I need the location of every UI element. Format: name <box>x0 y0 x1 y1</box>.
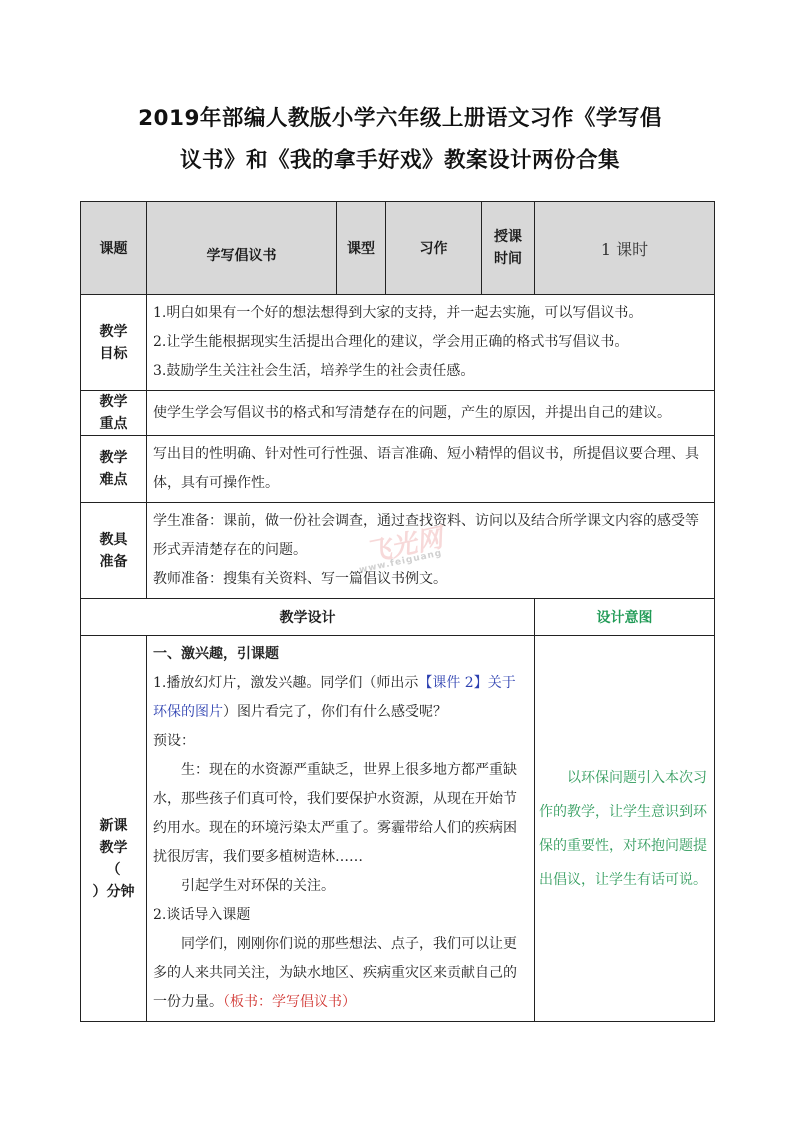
step-1: 1.播放幻灯片，激发兴趣。同学们（师出示【课件 2】关于环保的图片）图片看完了，… <box>153 669 528 727</box>
design-intent-header: 设计意图 <box>535 599 715 636</box>
new-lesson-content: 一、激兴趣，引课题 1.播放幻灯片，激发兴趣。同学们（师出示【课件 2】关于环保… <box>147 636 535 1022</box>
document-title: 2019年部编人教版小学六年级上册语文习作《学写倡 议书》和《我的拿手好戏》教案… <box>80 98 720 182</box>
section-title: 一、激兴趣，引课题 <box>153 640 528 669</box>
objectives-label: 教学 目标 <box>81 295 147 391</box>
materials-content: 学生准备：课前，做一份社会调查，通过查找资料、访问以及结合所学课文内容的感受等形… <box>147 503 715 599</box>
type-label: 课型 <box>337 202 386 295</box>
document-title-line-2: 议书》和《我的拿手好戏》教案设计两份合集 <box>80 140 720 182</box>
teacher-preparation: 教师准备：搜集有关资料、写一篇倡议书例文。 <box>153 565 708 594</box>
new-lesson-label-line-2: 教学 <box>81 837 146 859</box>
materials-label-line-2: 准备 <box>81 551 146 573</box>
step-2: 同学们，刚刚你们说的那些想法、点子，我们可以让更多的人来共同关注，为缺水地区、疾… <box>153 930 528 1017</box>
difficulties-row: 教学 难点 写出目的性明确、针对性可行性强、语言准确、短小精悍的倡议书，所提倡议… <box>81 436 715 503</box>
materials-row: 教具 准备 学生准备：课前，做一份社会调查，通过查找资料、访问以及结合所学课文内… <box>81 503 715 599</box>
objective-item: 2.让学生能根据现实生活提出合理化的建议，学会用正确的格式书写倡议书。 <box>153 328 708 357</box>
board-note: （板书：学写倡议书） <box>223 994 356 1010</box>
step-1-suffix: ）图片看完了，你们有什么感受呢？ <box>223 704 447 720</box>
time-label-line-2: 时间 <box>482 248 534 270</box>
step-2-title: 2.谈话导入课题 <box>153 901 528 930</box>
preset-text: 生：现在的水资源严重缺乏，世界上很多地方都严重缺水，那些孩子们真可怜，我们要保护… <box>153 756 528 872</box>
new-lesson-label-line-4: ）分钟 <box>81 881 146 903</box>
key-points-label-line-2: 重点 <box>81 413 146 435</box>
time-value: 1 课时 <box>535 202 715 295</box>
teaching-design-header: 教学设计 <box>81 599 535 636</box>
key-points-content: 使学生学会写倡议书的格式和写清楚存在的问题，产生的原因，并提出自己的建议。 <box>147 391 715 436</box>
time-label: 授课 时间 <box>482 202 535 295</box>
objectives-row: 教学 目标 1.明白如果有一个好的想法想得到大家的支持，并一起去实施，可以写倡议… <box>81 295 715 391</box>
new-lesson-label: 新课 教学 （ ）分钟 <box>81 636 147 1022</box>
new-lesson-label-line-3: （ <box>81 859 146 881</box>
objectives-label-line-1: 教学 <box>81 321 146 343</box>
step-1-text: 1.播放幻灯片，激发兴趣。同学们（师出示 <box>153 675 418 691</box>
objective-item: 3.鼓励学生关注社会生活，培养学生的社会责任感。 <box>153 357 708 386</box>
materials-label-line-1: 教具 <box>81 529 146 551</box>
objectives-content: 1.明白如果有一个好的想法想得到大家的支持，并一起去实施，可以写倡议书。 2.让… <box>147 295 715 391</box>
attention-text: 引起学生对环保的关注。 <box>153 872 528 901</box>
document-title-line-1: 2019年部编人教版小学六年级上册语文习作《学写倡 <box>80 98 720 140</box>
design-header-row: 教学设计 设计意图 <box>81 599 715 636</box>
difficulties-content: 写出目的性明确、针对性可行性强、语言准确、短小精悍的倡议书，所提倡议要合理、具体… <box>147 436 715 503</box>
preset-label: 预设： <box>153 727 528 756</box>
difficulties-text: 写出目的性明确、针对性可行性强、语言准确、短小精悍的倡议书，所提倡议要合理、具体… <box>153 440 708 498</box>
key-points-label: 教学 重点 <box>81 391 147 436</box>
difficulties-label-line-2: 难点 <box>81 469 146 491</box>
new-lesson-label-line-1: 新课 <box>81 815 146 837</box>
topic-value: 学写倡议书 <box>147 202 337 295</box>
topic-label: 课题 <box>81 202 147 295</box>
key-points-label-line-1: 教学 <box>81 391 146 413</box>
objective-item: 1.明白如果有一个好的想法想得到大家的支持，并一起去实施，可以写倡议书。 <box>153 299 708 328</box>
student-preparation: 学生准备：课前，做一份社会调查，通过查找资料、访问以及结合所学课文内容的感受等形… <box>153 507 708 565</box>
header-row: 课题 学写倡议书 课型 习作 授课 时间 1 课时 <box>81 202 715 295</box>
type-value: 习作 <box>386 202 482 295</box>
difficulties-label-line-1: 教学 <box>81 447 146 469</box>
key-points-row: 教学 重点 使学生学会写倡议书的格式和写清楚存在的问题，产生的原因，并提出自己的… <box>81 391 715 436</box>
design-intent-text: 以环保问题引入本次习作的教学，让学生意识到环保的重要性，对环抱问题提出倡议，让学… <box>535 636 715 1022</box>
objectives-label-line-2: 目标 <box>81 343 146 365</box>
materials-label: 教具 准备 <box>81 503 147 599</box>
key-points-text: 使学生学会写倡议书的格式和写清楚存在的问题，产生的原因，并提出自己的建议。 <box>153 399 708 428</box>
time-label-line-1: 授课 <box>482 226 534 248</box>
new-lesson-row: 新课 教学 （ ）分钟 一、激兴趣，引课题 1.播放幻灯片，激发兴趣。同学们（师… <box>81 636 715 1022</box>
lesson-plan-table: 课题 学写倡议书 课型 习作 授课 时间 1 课时 教学 目标 1.明白如果有一… <box>80 201 715 1022</box>
difficulties-label: 教学 难点 <box>81 436 147 503</box>
